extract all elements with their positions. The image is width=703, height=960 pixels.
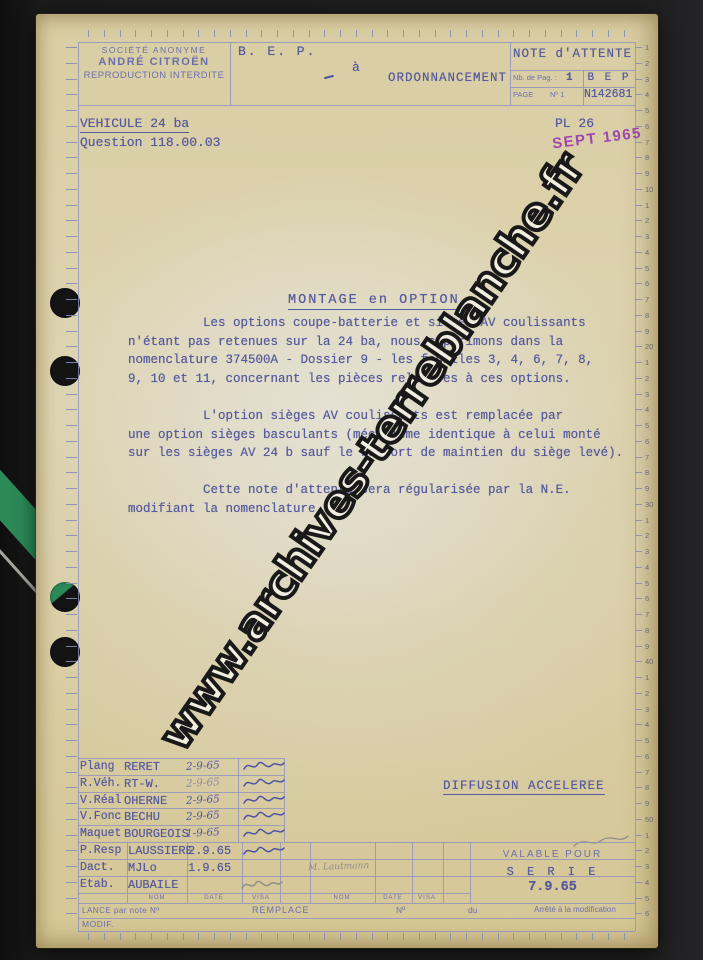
ruler-tick: [419, 30, 420, 37]
ruler-tick: [66, 409, 77, 410]
sig-col-header: DATE: [375, 895, 411, 901]
ruler-label: 1: [645, 358, 649, 367]
ruler-label: 2: [645, 846, 649, 855]
ruler-tick: [66, 850, 77, 851]
ruler-tick: [635, 567, 642, 568]
ruler-tick: [66, 551, 77, 552]
ruler-tick: [66, 567, 77, 568]
ruler-tick: [561, 933, 562, 940]
ruler-tick: [635, 268, 642, 269]
ruler-tick: [635, 425, 642, 426]
ruler-tick: [635, 551, 642, 552]
ruler-tick: [66, 268, 77, 269]
note-title: NOTE d'ATTENTE: [510, 47, 635, 61]
ruler-tick: [309, 933, 310, 940]
valable-line-3: 7.9.65: [470, 880, 635, 895]
ruler-tick: [635, 835, 642, 836]
sig-col-header: DATE: [196, 895, 232, 901]
ruler-tick: [66, 315, 77, 316]
sig-date: 2.9.65: [188, 844, 231, 858]
ruler-tick: [66, 142, 77, 143]
ruler-tick: [635, 299, 642, 300]
ruler-tick: [450, 30, 451, 37]
ruler-tick: [635, 346, 642, 347]
ruler-label: 6: [645, 909, 649, 918]
ruler-tick: [66, 252, 77, 253]
ruler-tick: [340, 933, 341, 940]
ruler-tick: [198, 933, 199, 940]
grid-line: [78, 105, 635, 106]
ruler-tick: [66, 346, 77, 347]
ruler-tick: [66, 283, 77, 284]
ruler-label: 6: [645, 279, 649, 288]
ruler-tick: [66, 472, 77, 473]
ruler-label: 4: [645, 563, 649, 572]
ruler-tick: [324, 30, 325, 37]
footer-no: Nº: [396, 905, 405, 915]
ruler-tick: [66, 646, 77, 647]
ruler-label: 6: [645, 122, 649, 131]
ruler-tick: [66, 362, 77, 363]
ruler-tick: [66, 724, 77, 725]
ruler-tick: [372, 30, 373, 37]
ruler-tick: [482, 30, 483, 37]
ruler-tick: [635, 520, 642, 521]
ruler-tick: [66, 661, 77, 662]
ruler-tick: [324, 933, 325, 940]
ruler-tick: [66, 331, 77, 332]
ruler-tick: [66, 520, 77, 521]
ruler-tick: [340, 30, 341, 37]
ruler-tick: [635, 79, 642, 80]
ruler-tick: [66, 394, 77, 395]
ruler-tick: [635, 850, 642, 851]
ruler-tick: [466, 933, 467, 940]
punch-hole: [50, 356, 80, 386]
ruler-tick: [66, 79, 77, 80]
ruler-tick: [66, 173, 77, 174]
grid-line: [78, 918, 635, 919]
ruler-tick: [66, 740, 77, 741]
ruler-tick: [635, 630, 642, 631]
sig-date: 2-9-65: [186, 810, 220, 824]
company-line-2: ANDRÉ CITROËN: [78, 56, 230, 68]
ruler-label: 1: [645, 831, 649, 840]
sig-name: AUBAILE: [128, 878, 178, 892]
ruler-tick: [635, 220, 642, 221]
punch-hole: [50, 637, 80, 667]
ruler-label: 5: [645, 894, 649, 903]
ruler-tick: [66, 157, 77, 158]
ruler-tick: [624, 30, 625, 37]
ruler-label: 4: [645, 720, 649, 729]
ruler-tick: [246, 30, 247, 37]
ruler-tick: [498, 30, 499, 37]
ruler-tick: [419, 933, 420, 940]
ruler-tick: [635, 756, 642, 757]
ruler-label: 30: [645, 500, 653, 509]
ruler-label: 20: [645, 342, 653, 351]
sig-date: 2-9-65: [186, 793, 220, 807]
ruler-tick: [66, 47, 77, 48]
ruler-label: 8: [645, 311, 649, 320]
ruler-tick: [293, 30, 294, 37]
ruler-label: 9: [645, 169, 649, 178]
ruler-tick: [635, 898, 642, 899]
ruler-tick: [309, 30, 310, 37]
ruler-tick: [104, 30, 105, 37]
sig-name: RERET: [124, 760, 160, 774]
ruler-tick: [635, 819, 642, 820]
ruler-tick: [635, 173, 642, 174]
ruler-tick: [66, 882, 77, 883]
handwritten-dash: [324, 75, 334, 79]
ruler-tick: [635, 803, 642, 804]
ruler-tick: [635, 394, 642, 395]
ruler-tick: [635, 236, 642, 237]
grid-line: [78, 42, 635, 43]
ruler-tick: [214, 933, 215, 940]
ruler-label: 2: [645, 374, 649, 383]
ruler-tick: [66, 425, 77, 426]
ruler-tick: [66, 630, 77, 631]
ruler-tick: [66, 535, 77, 536]
sig-role: Etab.: [80, 878, 115, 891]
sig-col-header: NOM: [139, 895, 175, 901]
ruler-tick: [403, 30, 404, 37]
ruler-tick: [450, 933, 451, 940]
ruler-tick: [435, 30, 436, 37]
ruler-tick: [66, 457, 77, 458]
ruler-tick: [387, 933, 388, 940]
ruler-tick: [135, 30, 136, 37]
ruler-tick: [513, 933, 514, 940]
ruler-tick: [66, 898, 77, 899]
ruler-tick: [293, 933, 294, 940]
ruler-tick: [635, 709, 642, 710]
ruler-tick: [624, 933, 625, 940]
ruler-tick: [214, 30, 215, 37]
ruler-tick: [529, 30, 530, 37]
footer-arrete: Arrêté à la modification: [534, 905, 616, 914]
sig-col-header: NOM: [324, 895, 360, 901]
ruler-tick: [66, 677, 77, 678]
ruler-tick: [435, 933, 436, 940]
ruler-tick: [635, 189, 642, 190]
ruler-tick: [635, 693, 642, 694]
ruler-label: 7: [645, 453, 649, 462]
ruler-tick: [372, 933, 373, 940]
ruler-tick: [66, 693, 77, 694]
ruler-tick: [66, 709, 77, 710]
ruler-tick: [635, 913, 642, 914]
footer-remplace: REMPLACE: [252, 905, 310, 915]
ruler-tick: [592, 933, 593, 940]
visa-signature: [242, 843, 286, 864]
punch-hole: [50, 288, 80, 318]
sig-role: P.Resp: [80, 844, 121, 857]
ruler-tick: [576, 30, 577, 37]
ruler-label: 1: [645, 201, 649, 210]
grid-line: [78, 903, 635, 904]
ruler-tick: [66, 614, 77, 615]
grid-line: [510, 87, 635, 88]
ruler-tick: [635, 677, 642, 678]
ruler-label: 1: [645, 43, 649, 52]
note-nb-label: Nb. de Pag. :: [513, 73, 557, 82]
ruler-label: 50: [645, 815, 653, 824]
ruler-tick: [66, 236, 77, 237]
note-nb-value: 1: [566, 72, 573, 84]
ruler-label: 8: [645, 626, 649, 635]
pl-ref: PL 26: [555, 116, 594, 131]
ruler-tick: [261, 933, 262, 940]
ruler-tick: [66, 378, 77, 379]
ruler-tick: [66, 913, 77, 914]
ruler-tick: [88, 30, 89, 37]
ruler-tick: [635, 205, 642, 206]
sig-role: Dact.: [80, 861, 115, 874]
ruler-label: 9: [645, 642, 649, 651]
sig-date: 1.9.65: [188, 861, 231, 875]
ruler-tick: [261, 30, 262, 37]
ruler-tick: [66, 504, 77, 505]
ruler-label: 2: [645, 216, 649, 225]
sig-name: MJLo: [128, 861, 157, 875]
ruler-tick: [66, 866, 77, 867]
ruler-tick: [151, 933, 152, 940]
ruler-label: 7: [645, 138, 649, 147]
ruler-label: 7: [645, 295, 649, 304]
ruler-label: 8: [645, 153, 649, 162]
ruler-tick: [482, 933, 483, 940]
ruler-tick: [66, 772, 77, 773]
ruler-tick: [230, 933, 231, 940]
ruler-tick: [498, 933, 499, 940]
ruler-label: 7: [645, 610, 649, 619]
ruler-tick: [635, 472, 642, 473]
ruler-tick: [635, 331, 642, 332]
ruler-tick: [635, 47, 642, 48]
ruler-tick: [356, 933, 357, 940]
ruler-label: 3: [645, 390, 649, 399]
grid-line: [78, 859, 635, 860]
ruler-tick: [66, 205, 77, 206]
ruler-tick: [66, 126, 77, 127]
ruler-tick: [230, 30, 231, 37]
ruler-tick: [635, 157, 642, 158]
sig-date: 2-9-65: [186, 776, 220, 790]
grid-line: [635, 42, 636, 931]
ruler-tick: [104, 933, 105, 940]
ruler-label: 9: [645, 799, 649, 808]
grid-line: [510, 42, 511, 105]
note-page-label: PAGE: [513, 90, 533, 99]
ruler-tick: [120, 30, 121, 37]
grid-line: [78, 876, 635, 877]
ruler-tick: [545, 30, 546, 37]
ruler-label: 4: [645, 90, 649, 99]
ruler-tick: [66, 441, 77, 442]
question-ref: Question 118.00.03: [80, 135, 220, 150]
ruler-tick: [635, 441, 642, 442]
grid-line: [375, 842, 376, 903]
ruler-tick: [66, 110, 77, 111]
sig-name: RT-W.: [124, 777, 160, 791]
ruler-tick: [66, 835, 77, 836]
scan-background: SOCIÉTÉ ANONYME ANDRÉ CITROËN REPRODUCTI…: [0, 0, 703, 960]
ruler-tick: [635, 110, 642, 111]
ruler-label: 4: [645, 248, 649, 257]
ruler-label: 3: [645, 547, 649, 556]
ruler-tick: [66, 63, 77, 64]
ruler-label: 2: [645, 59, 649, 68]
ruler-tick: [66, 488, 77, 489]
ruler-tick: [635, 283, 642, 284]
ruler-tick: [66, 787, 77, 788]
ruler-tick: [635, 614, 642, 615]
grid-line: [470, 842, 471, 903]
ruler-tick: [513, 30, 514, 37]
ruler-tick: [576, 933, 577, 940]
ruler-label: 5: [645, 579, 649, 588]
ruler-tick: [529, 933, 530, 940]
ruler-tick: [66, 94, 77, 95]
ruler-label: 8: [645, 783, 649, 792]
sig-role: R.Véh.: [80, 777, 121, 790]
ruler-tick: [635, 740, 642, 741]
ruler-label: 8: [645, 468, 649, 477]
ruler-label: 5: [645, 106, 649, 115]
ruler-label: 3: [645, 862, 649, 871]
ruler-tick: [88, 933, 89, 940]
grid-line: [78, 42, 79, 931]
grid-line: [310, 842, 311, 903]
bep-label: B. E. P.: [238, 44, 316, 59]
footer-lance: LANCE par note Nº: [82, 906, 160, 915]
sig-name: BECHU: [124, 810, 160, 824]
footer-modif: MODIF.: [82, 919, 114, 929]
ruler-label: 5: [645, 264, 649, 273]
ruler-label: 6: [645, 437, 649, 446]
ruler-tick: [120, 933, 121, 940]
ruler-tick: [277, 30, 278, 37]
sig-name: LAUSSIERE: [128, 844, 193, 858]
ruler-tick: [635, 598, 642, 599]
sig-col-header: VISA: [243, 895, 279, 901]
ruler-tick: [167, 933, 168, 940]
ruler-label: 10: [645, 185, 653, 194]
ruler-label: 4: [645, 878, 649, 887]
ruler-tick: [635, 535, 642, 536]
ruler-tick: [635, 866, 642, 867]
note-number: N142681: [584, 88, 632, 101]
grid-line: [583, 70, 584, 105]
ruler-tick: [592, 30, 593, 37]
ruler-tick: [66, 819, 77, 820]
sig-role: V.Réal: [80, 794, 121, 807]
ruler-tick: [387, 30, 388, 37]
ruler-label: 4: [645, 405, 649, 414]
ruler-label: 3: [645, 705, 649, 714]
ruler-tick: [635, 362, 642, 363]
sig-role: V.Fonc: [80, 810, 121, 823]
ruler-label: 2: [645, 531, 649, 540]
ordonnancement-label: ORDONNANCEMENT: [388, 71, 507, 85]
a-label: à: [352, 60, 360, 75]
grid-line: [78, 931, 635, 932]
ruler-label: 1: [645, 673, 649, 682]
ruler-tick: [635, 252, 642, 253]
ruler-tick: [635, 724, 642, 725]
sig-role: Maquet: [80, 827, 121, 840]
ruler-tick: [66, 756, 77, 757]
ruler-tick: [246, 933, 247, 940]
grid-line: [510, 70, 635, 71]
ruler-tick: [135, 933, 136, 940]
ruler-label: 9: [645, 327, 649, 336]
footer-du: du: [468, 905, 477, 915]
vehicule-ref: VEHICULE 24 ba: [80, 116, 189, 133]
ruler-tick: [635, 646, 642, 647]
ruler-label: 1: [645, 516, 649, 525]
ruler-tick: [403, 933, 404, 940]
sig-date: 2-9-65: [186, 759, 220, 773]
ruler-label: 9: [645, 484, 649, 493]
ruler-tick: [608, 30, 609, 37]
grid-line: [230, 42, 231, 105]
ruler-tick: [635, 504, 642, 505]
ruler-label: 3: [645, 232, 649, 241]
ruler-tick: [66, 299, 77, 300]
sig-date: 1-9-65: [186, 826, 220, 840]
ruler-tick: [66, 598, 77, 599]
body-title: MONTAGE en OPTION: [288, 293, 460, 310]
ruler-tick: [635, 882, 642, 883]
ruler-tick: [466, 30, 467, 37]
ruler-tick: [66, 803, 77, 804]
ruler-tick: [635, 378, 642, 379]
ruler-tick: [198, 30, 199, 37]
sig-col-header: VISA: [409, 895, 445, 901]
note-bep: B E P: [583, 72, 635, 84]
sig-name: BOURGEOIS: [124, 827, 189, 841]
ruler-tick: [635, 488, 642, 489]
ruler-label: 2: [645, 689, 649, 698]
grid-line: [443, 842, 444, 903]
ruler-tick: [356, 30, 357, 37]
grid-line: [238, 758, 239, 842]
ruler-label: 7: [645, 768, 649, 777]
ruler-tick: [66, 220, 77, 221]
ruler-tick: [635, 457, 642, 458]
ruler-tick: [635, 94, 642, 95]
ruler-tick: [66, 189, 77, 190]
ruler-tick: [183, 933, 184, 940]
ruler-label: 3: [645, 75, 649, 84]
punch-hole: [50, 582, 80, 612]
ruler-tick: [167, 30, 168, 37]
ruler-tick: [635, 787, 642, 788]
ruler-tick: [635, 315, 642, 316]
note-page-no: Nº 1: [550, 90, 564, 99]
pencil-note: M. Lautmann: [308, 861, 369, 873]
ruler-tick: [66, 583, 77, 584]
company-line-3: REPRODUCTION INTERDITE: [78, 70, 230, 81]
sig-name: OHERNE: [124, 794, 167, 808]
company-line-1: SOCIÉTÉ ANONYME: [78, 45, 230, 55]
grid-line: [412, 842, 413, 903]
